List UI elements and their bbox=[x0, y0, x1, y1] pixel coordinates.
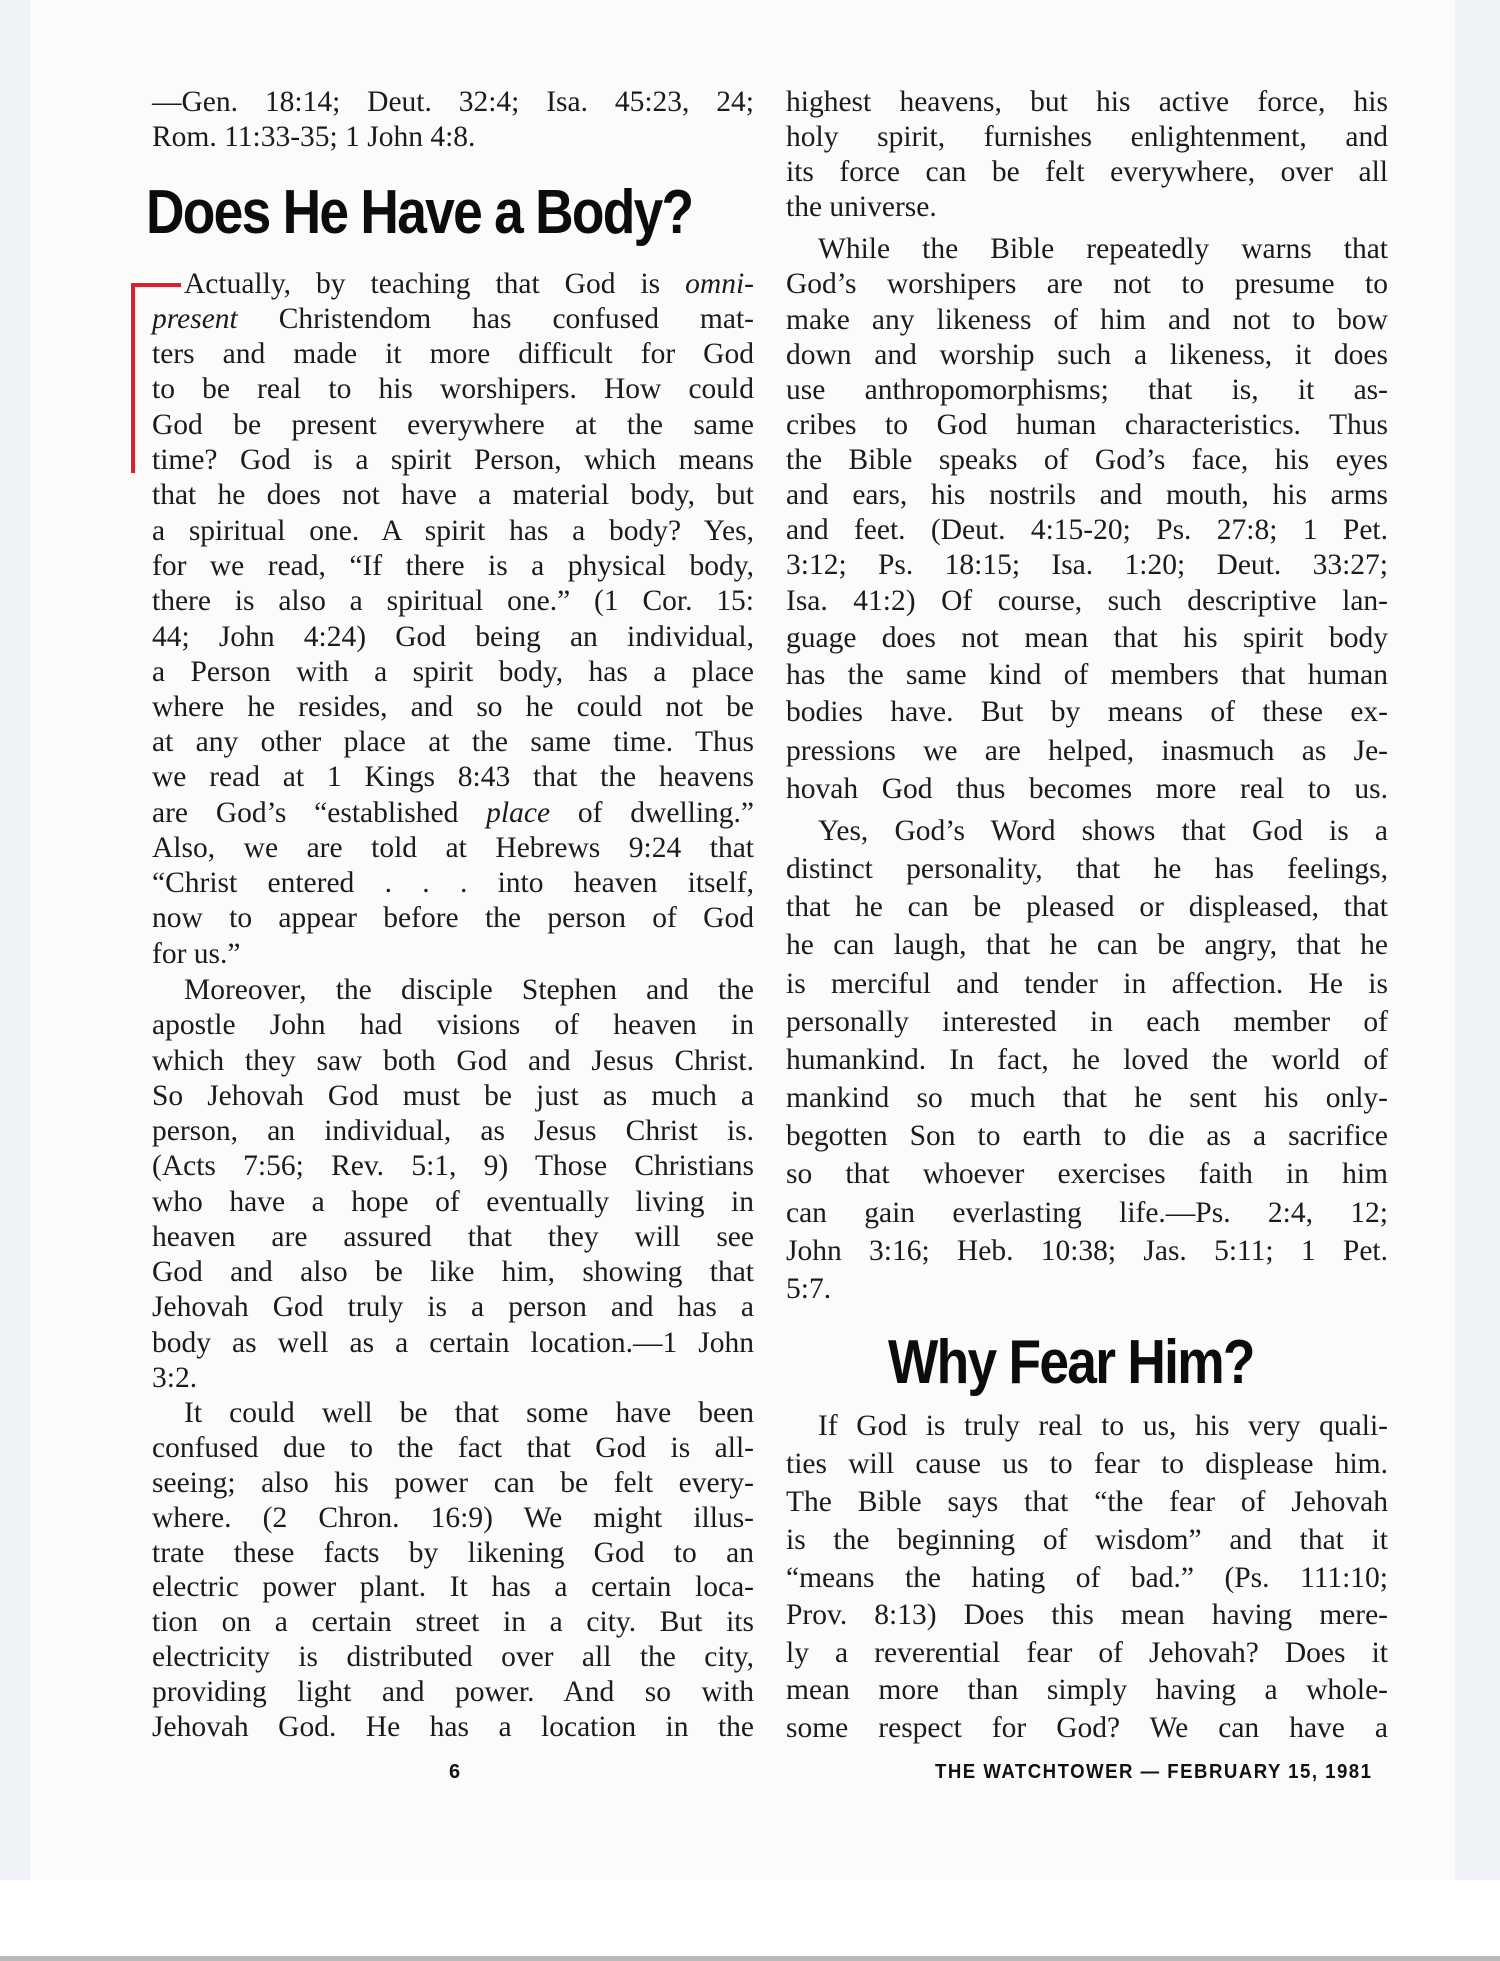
paragraph-line: that he does not have a material body, b… bbox=[152, 477, 754, 513]
paragraph-line: body as well as a certain location.—1 Jo… bbox=[152, 1325, 754, 1361]
scan-bottom-rule bbox=[0, 1956, 1500, 1961]
italic-run: omni- bbox=[685, 268, 754, 300]
italic-run: present bbox=[152, 303, 238, 335]
paragraph-line: Also, we are told at Hebrews 9:24 that bbox=[152, 830, 754, 866]
paragraph-line: can gain everlasting life.—Ps. 2:4, 12; bbox=[786, 1195, 1388, 1231]
paragraph-line: begotten Son to earth to die as a sacrif… bbox=[786, 1118, 1388, 1154]
paragraph-line: where. (2 Chron. 16:9) We might illus- bbox=[152, 1500, 754, 1536]
paragraph-line: make any likeness of him and not to bow bbox=[786, 302, 1388, 338]
paragraph-line: trate these facts by likening God to an bbox=[152, 1535, 754, 1571]
text-run: Actually, by teaching that God is bbox=[184, 268, 685, 300]
paragraph-line: Jehovah God. He has a location in the bbox=[152, 1709, 754, 1745]
paragraph-line: ly a reverential fear of Jehovah? Does i… bbox=[786, 1635, 1388, 1671]
paragraph-line: Yes, God’s Word shows that God is a bbox=[786, 813, 1388, 849]
paragraph-line: John 3:16; Heb. 10:38; Jas. 5:11; 1 Pet. bbox=[786, 1233, 1388, 1269]
paragraph-line: who have a hope of eventually living in bbox=[152, 1184, 754, 1220]
paragraph-line: are God’s “established place of dwelling… bbox=[152, 795, 754, 831]
red-highlight-bracket-vertical bbox=[131, 283, 135, 473]
paragraph-line: “means the hating of bad.” (Ps. 111:10; bbox=[786, 1560, 1388, 1596]
paragraph-line: and feet. (Deut. 4:15-20; Ps. 27:8; 1 Pe… bbox=[786, 512, 1388, 548]
paragraph-line: humankind. In fact, he loved the world o… bbox=[786, 1042, 1388, 1078]
paragraph-line: Isa. 41:2) Of course, such descriptive l… bbox=[786, 583, 1388, 619]
paragraph-line: If God is truly real to us, his very qua… bbox=[786, 1408, 1388, 1444]
paragraph-line: for we read, “If there is a physical bod… bbox=[152, 548, 754, 584]
paragraph-line: at any other place at the same time. Thu… bbox=[152, 724, 754, 760]
paragraph-line: seeing; also his power can be felt every… bbox=[152, 1465, 754, 1501]
paragraph-line: Jehovah God truly is a person and has a bbox=[152, 1289, 754, 1325]
paragraph-line: electricity is distributed over all the … bbox=[152, 1639, 754, 1675]
paragraph-line: While the Bible repeatedly warns that bbox=[786, 231, 1388, 267]
paragraph-line: Actually, by teaching that God is omni- bbox=[152, 266, 754, 302]
paragraph-line: hovah God thus becomes more real to us. bbox=[786, 771, 1388, 807]
paragraph-line: ties will cause us to fear to displease … bbox=[786, 1446, 1388, 1482]
paragraph-line: a Person with a spirit body, has a place bbox=[152, 654, 754, 690]
paragraph-line: highest heavens, but his active force, h… bbox=[786, 84, 1388, 120]
paragraph-line: so that whoever exercises faith in him bbox=[786, 1156, 1388, 1192]
paragraph-line: It could well be that some have been bbox=[152, 1395, 754, 1431]
paragraph-line: tion on a certain street in a city. But … bbox=[152, 1604, 754, 1640]
paragraph-line: 3:2. bbox=[152, 1360, 754, 1396]
paragraph-line: God’s worshipers are not to presume to bbox=[786, 266, 1388, 302]
paragraph-line: So Jehovah God must be just as much a bbox=[152, 1078, 754, 1114]
paragraph-line: apostle John had visions of heaven in bbox=[152, 1007, 754, 1043]
paragraph-line: mean more than simply having a whole- bbox=[786, 1672, 1388, 1708]
paragraph-line: for us.” bbox=[152, 936, 754, 972]
paragraph-line: God be present everywhere at the same bbox=[152, 407, 754, 443]
paragraph-line: holy spirit, furnishes enlightenment, an… bbox=[786, 119, 1388, 155]
paragraph-line: we read at 1 Kings 8:43 that the heavens bbox=[152, 759, 754, 795]
paragraph-line: where he resides, and so he could not be bbox=[152, 689, 754, 725]
paragraph-line: 5:7. bbox=[786, 1271, 1388, 1307]
text-run: Christendom has confused mat- bbox=[238, 303, 754, 335]
scan-right-edge bbox=[1455, 0, 1500, 1880]
paragraph-line: personally interested in each member of bbox=[786, 1004, 1388, 1040]
lead-in-line: —Gen. 18:14; Deut. 32:4; Isa. 45:23, 24; bbox=[152, 84, 754, 120]
paragraph-line: now to appear before the person of God bbox=[152, 900, 754, 936]
paragraph-line: person, an individual, as Jesus Christ i… bbox=[152, 1113, 754, 1149]
paragraph-line: “Christ entered . . . into heaven itself… bbox=[152, 865, 754, 901]
paragraph-line: use anthropomorphisms; that is, it as- bbox=[786, 372, 1388, 408]
paragraph-line: cribes to God human characteristics. Thu… bbox=[786, 407, 1388, 443]
paragraph-line: some respect for God? We can have a bbox=[786, 1710, 1388, 1746]
running-footer: THE WATCHTOWER — FEBRUARY 15, 1981 bbox=[935, 1760, 1372, 1784]
paragraph-line: a spiritual one. A spirit has a body? Ye… bbox=[152, 513, 754, 549]
paragraph-line: God and also be like him, showing that bbox=[152, 1254, 754, 1290]
paragraph-line: there is also a spiritual one.” (1 Cor. … bbox=[152, 583, 754, 619]
paragraph-line: is the beginning of wisdom” and that it bbox=[786, 1522, 1388, 1558]
paragraph-line: that he can be pleased or displeased, th… bbox=[786, 889, 1388, 925]
paragraph-line: pressions we are helped, inasmuch as Je- bbox=[786, 733, 1388, 769]
paragraph-line: 44; John 4:24) God being an individual, bbox=[152, 619, 754, 655]
section-heading-fear: Why Fear Him? bbox=[888, 1328, 1254, 1398]
paragraph-line: present Christendom has confused mat- bbox=[152, 301, 754, 337]
paragraph-line: the universe. bbox=[786, 189, 1388, 225]
paragraph-line: heaven are assured that they will see bbox=[152, 1219, 754, 1255]
paragraph-line: has the same kind of members that human bbox=[786, 657, 1388, 693]
paragraph-line: down and worship such a likeness, it doe… bbox=[786, 337, 1388, 373]
paragraph-line: (Acts 7:56; Rev. 5:1, 9) Those Christian… bbox=[152, 1148, 754, 1184]
page-number: 6 bbox=[449, 1760, 460, 1784]
paragraph-line: and ears, his nostrils and mouth, his ar… bbox=[786, 477, 1388, 513]
paragraph-line: The Bible says that “the fear of Jehovah bbox=[786, 1484, 1388, 1520]
paragraph-line: its force can be felt everywhere, over a… bbox=[786, 154, 1388, 190]
paragraph-line: the Bible speaks of God’s face, his eyes bbox=[786, 442, 1388, 478]
section-heading-body: Does He Have a Body? bbox=[146, 178, 692, 248]
paragraph-line: bodies have. But by means of these ex- bbox=[786, 694, 1388, 730]
paragraph-line: time? God is a spirit Person, which mean… bbox=[152, 442, 754, 478]
paragraph-line: Moreover, the disciple Stephen and the bbox=[152, 972, 754, 1008]
scan-left-edge bbox=[0, 0, 30, 1880]
text-run: are God’s “established bbox=[152, 797, 486, 829]
paragraph-line: guage does not mean that his spirit body bbox=[786, 620, 1388, 656]
paragraph-line: he can laugh, that he can be angry, that… bbox=[786, 927, 1388, 963]
italic-run: place bbox=[486, 797, 550, 829]
lead-in-line: Rom. 11:33-35; 1 John 4:8. bbox=[152, 119, 754, 155]
paragraph-line: providing light and power. And so with bbox=[152, 1674, 754, 1710]
paragraph-line: confused due to the fact that God is all… bbox=[152, 1430, 754, 1466]
paragraph-line: Prov. 8:13) Does this mean having mere- bbox=[786, 1597, 1388, 1633]
paragraph-line: to be real to his worshipers. How could bbox=[152, 371, 754, 407]
paragraph-line: is merciful and tender in affection. He … bbox=[786, 966, 1388, 1002]
paragraph-line: ters and made it more difficult for God bbox=[152, 336, 754, 372]
scan-bottom-margin bbox=[0, 1880, 1500, 1956]
paragraph-line: mankind so much that he sent his only- bbox=[786, 1080, 1388, 1116]
paragraph-line: which they saw both God and Jesus Christ… bbox=[152, 1043, 754, 1079]
paragraph-line: electric power plant. It has a certain l… bbox=[152, 1569, 754, 1605]
paragraph-line: distinct personality, that he has feelin… bbox=[786, 851, 1388, 887]
text-run: of dwelling.” bbox=[550, 797, 754, 829]
paragraph-line: 3:12; Ps. 18:15; Isa. 1:20; Deut. 33:27; bbox=[786, 547, 1388, 583]
